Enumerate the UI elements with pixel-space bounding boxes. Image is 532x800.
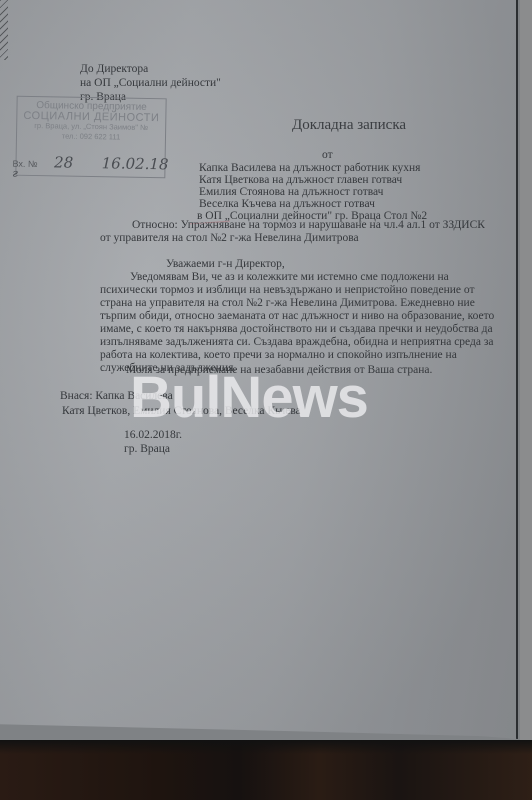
body-line: Уведомявам Ви, че аз и колежките ми исте… <box>100 271 494 284</box>
subject-block: Относно: Упражняване на тормоз и нарушав… <box>132 219 485 245</box>
body-line: изпълняваме задълженията си. Създава вра… <box>100 336 494 349</box>
document-date: 16.02.2018г. <box>124 428 182 442</box>
from-label: от <box>322 148 333 162</box>
addressee-line: До Директора <box>80 62 221 76</box>
body-line: работа на колектива, което пречи за норм… <box>100 349 494 362</box>
registration-stamp: Общинско предприятие СОЦИАЛНИ ДЕЙНОСТИ г… <box>15 96 166 179</box>
incoming-number: 28 <box>54 153 73 171</box>
desk-shadow <box>0 740 532 754</box>
body-line: търпим обиди, относно заеманата от нас д… <box>100 310 494 323</box>
author-line: Веселка Къчева на длъжност готвач <box>199 198 427 210</box>
salutation: Уважаеми г-н Директор, <box>100 258 494 271</box>
date-block: 16.02.2018г. гр. Враца <box>124 428 182 456</box>
stamp-incoming-row: Вх. № 28 16.02.18 г <box>12 157 172 182</box>
author-line: Емилия Стоянова на длъжност готвач <box>199 186 427 198</box>
authors-block: Капка Василева на длъжност работник кухн… <box>199 162 427 222</box>
addressee-line: на ОП „Социални дейности" <box>80 76 221 90</box>
body-block: Уважаеми г-н Директор, Уведомявам Ви, че… <box>100 258 494 375</box>
document-title: Докладна записка <box>292 118 406 132</box>
page-edge-marks <box>0 0 8 60</box>
subject-line: Относно: Упражняване на тормоз и нарушав… <box>132 219 485 232</box>
document-city: гр. Враца <box>124 442 182 456</box>
body-line: страна на управителя на стол №2 г-жа Нев… <box>100 297 494 310</box>
document-page: До Директора на ОП „Социални дейности" г… <box>0 0 518 742</box>
author-line: Капка Василева на длъжност работник кухн… <box>199 162 427 174</box>
body-line: имаме, с което тя накърнява достойнствот… <box>100 323 494 336</box>
incoming-date: 16.02.18 <box>102 154 169 173</box>
watermark-logo: BulNews <box>130 368 368 428</box>
subject-line: от управителя на стол №2 г-жа Невелина Д… <box>100 232 485 245</box>
body-line: психически тормоз и изблици на невъздърж… <box>100 284 494 297</box>
author-line: Катя Цветкова на длъжност главен готвач <box>199 174 427 186</box>
incoming-year-suffix: г <box>12 167 18 180</box>
background-edge <box>520 0 532 800</box>
